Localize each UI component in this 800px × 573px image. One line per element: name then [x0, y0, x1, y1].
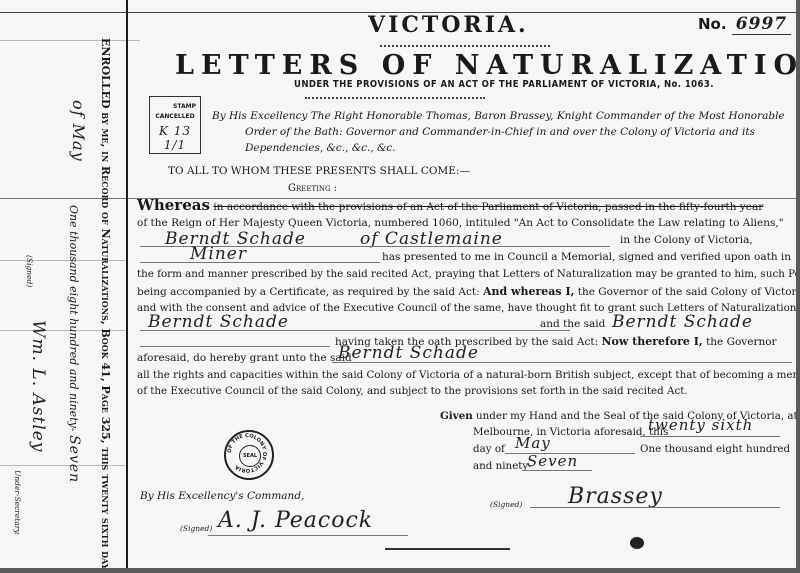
governor-intro-line1: By His Excellency The Right Honorable Th… — [212, 110, 785, 122]
naturalization-certificate: ENROLLED by me, in Record of Naturalizat… — [0, 0, 796, 568]
applicant-name-3: Berndt Schade — [612, 312, 753, 332]
governor-intro-line3: Dependencies, &c., &c., &c. — [245, 142, 396, 154]
applicant-occupation: Miner — [190, 244, 247, 264]
number-value: 6997 — [732, 14, 791, 35]
main-title: LETTERS OF NATURALIZATION — [175, 50, 796, 81]
applicant-name-2: Berndt Schade — [148, 312, 289, 332]
body-line-10: all the rights and capacities within the… — [137, 369, 796, 381]
now-therefore-phrase: Now therefore I, — [601, 335, 702, 348]
body-line-11: of the Executive Council of the said Col… — [137, 385, 688, 397]
body-line-1: in accordance with the provisions of an … — [213, 201, 763, 213]
stamp-cancelled-box: STAMP CANCELLED K 13 1/1 — [149, 96, 201, 154]
margin-signed-label: (Signed) — [25, 255, 34, 287]
body-line-6: being accompanied by a Certificate, as r… — [137, 285, 796, 298]
signed-label-secretary: (Signed) — [180, 524, 212, 533]
command-line: By His Excellency's Command, — [140, 490, 304, 502]
body-line-5: the form and manner prescribed by the sa… — [137, 268, 796, 280]
margin-border — [126, 0, 128, 568]
certificate-number: No. 6997 — [698, 14, 791, 34]
body-line-4: has presented to me in Council a Memoria… — [382, 251, 791, 263]
the-governor: the Governor — [706, 336, 777, 348]
fill-line — [640, 436, 780, 437]
signature-line — [530, 507, 780, 508]
act-subtitle: UNDER THE PROVISIONS OF AN ACT OF THE PA… — [294, 79, 714, 90]
greeting: Greeting : — [288, 183, 337, 194]
enrollment-text: ENROLLED by me, in Record of Naturalizat… — [99, 38, 112, 568]
body-line-9: aforesaid, do hereby grant unto the said — [137, 352, 352, 364]
fill-line — [140, 330, 570, 331]
body-line-3: in the Colony of Victoria, — [620, 234, 753, 246]
signed-label-governor: (Signed) — [490, 500, 522, 509]
fill-line — [140, 262, 380, 263]
rule-line — [385, 548, 510, 550]
enrollment-year-hand: Seven — [66, 435, 82, 483]
enrollment-year-text: One thousand eight hundred and ninety- — [67, 205, 80, 432]
ink-blot — [630, 537, 644, 549]
governor-clause: the Governor of the said Colony of Victo… — [578, 286, 796, 298]
state-title: VICTORIA. — [368, 12, 529, 38]
applicant-name-4: Berndt Schade — [338, 343, 479, 363]
ornament-rule — [380, 42, 550, 47]
signature-line — [208, 535, 408, 536]
enrollment-note: ENROLLED by me, in Record of Naturalizat… — [99, 38, 112, 568]
stamp-line2: CANCELLED — [150, 110, 200, 120]
and-whereas-phrase: And whereas I, — [483, 285, 574, 298]
stamp-date: K 13 1/1 — [150, 120, 200, 152]
ornament-rule — [305, 94, 485, 99]
whereas-word: Whereas — [137, 196, 210, 214]
address-line: TO ALL TO WHOM THESE PRESENTS SHALL COME… — [168, 165, 470, 177]
given-word: Given — [440, 410, 473, 422]
fill-line — [522, 470, 592, 471]
given-text-3: day of — [473, 443, 505, 455]
issue-month: May — [515, 434, 551, 452]
and-the-said: and the said — [540, 318, 605, 330]
whereas-line: Whereas in accordance with the provision… — [137, 196, 763, 214]
enrollment-year-line: One thousand eight hundred and ninety- S… — [66, 205, 82, 483]
undersecretary-title: Under-Secretary. — [13, 470, 22, 535]
colony-seal: OF THE COLONY OF VICTORIA SEAL — [224, 430, 274, 480]
given-text-4: One thousand eight hundred — [640, 443, 790, 455]
issue-year: Seven — [527, 452, 578, 470]
fill-line — [140, 346, 330, 347]
governor-signature: Brassey — [568, 484, 663, 509]
governor-intro-line2: Order of the Bath: Governor and Commande… — [245, 126, 755, 138]
seal-center-text: SEAL — [239, 445, 261, 467]
fill-line — [332, 362, 792, 363]
secretary-signature: A. J. Peacock — [218, 508, 373, 533]
stamp-line1: STAMP — [150, 97, 200, 110]
body-line-2: of the Reign of Her Majesty Queen Victor… — [137, 217, 784, 229]
undersecretary-signature: Wm. L. Astley — [28, 320, 48, 452]
enrollment-month: of May — [69, 100, 88, 162]
issue-day: twenty sixth — [648, 416, 753, 434]
number-label: No. — [698, 15, 727, 33]
certificate-clause: being accompanied by a Certificate, as r… — [137, 286, 480, 298]
rule-line — [0, 40, 140, 41]
